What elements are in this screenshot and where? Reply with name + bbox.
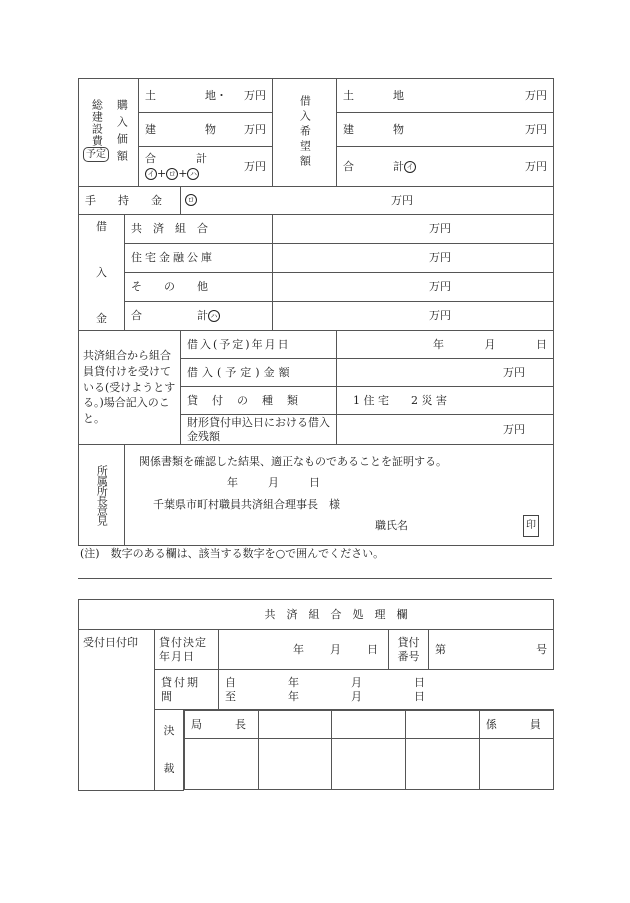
desired-loan-text: 借入希望額: [298, 95, 312, 170]
desired-loan-label: 借入希望額: [273, 79, 337, 187]
loan-number-label: 貸付番号: [389, 630, 429, 670]
mark-ha-icon: ハ: [208, 310, 220, 322]
unit-label: 万円: [429, 309, 451, 322]
divider: [78, 578, 552, 579]
approval-header-3: [332, 711, 406, 739]
borrowed-total-label: 合 計ハ: [125, 302, 273, 331]
row-label: 土: [343, 89, 393, 103]
year-label: 年: [288, 690, 299, 704]
month-label: 月: [330, 643, 341, 657]
director-label: 局 長: [191, 718, 246, 731]
row-label: そ の 他: [131, 280, 208, 293]
loan-date-label: 借入(予定)年月日: [181, 331, 337, 359]
approval-header-4: [406, 711, 480, 739]
to-label: 至: [225, 690, 236, 704]
borrowed-other-field[interactable]: 万円: [273, 273, 554, 302]
gou-label: 号: [536, 643, 547, 657]
row-label: 計: [196, 152, 207, 166]
year-label: 年: [288, 676, 299, 690]
row-label: 計: [393, 160, 404, 173]
month-label: 月: [351, 690, 362, 704]
day-label: 日: [414, 690, 425, 704]
unit-label: 万円: [244, 123, 266, 137]
desired-sum-row[interactable]: 合計イ万円: [337, 147, 554, 187]
row-label: 共 済 組 合: [131, 222, 208, 235]
unit-label: 万円: [197, 194, 547, 208]
name-title-label: 職氏名: [375, 515, 408, 537]
own-funds-text: 手 持 金: [85, 194, 162, 207]
approval-header-director: 局 長: [185, 711, 259, 739]
row-label: 物: [205, 123, 244, 137]
loan-number-text: 貸付番号: [396, 636, 422, 664]
unit-label: 万円: [244, 160, 266, 174]
seal-icon: 印: [523, 515, 539, 537]
borrowed-text: 借入金: [79, 220, 124, 326]
borrowed-housing-field[interactable]: 万円: [273, 244, 554, 273]
month-label: 月: [351, 676, 362, 690]
from-label: 自: [225, 676, 236, 690]
member-loan-note-text: 共済組合から組合員貸付けを受けている(受けようとする。)場合記入のこと。: [83, 349, 175, 426]
row-label: 財形貸付申込日における借入金残額: [187, 416, 330, 442]
total-cost-sum-row[interactable]: 合計 イ+ロ+ハ 万円: [139, 147, 273, 187]
loan-number-field[interactable]: 第号: [429, 630, 554, 670]
month-label: 月: [268, 476, 279, 489]
staff-label: 係 員: [486, 718, 541, 731]
addressee: 千葉県市町村職員共済組合理事長 様: [139, 494, 539, 515]
row-label: 物: [393, 123, 525, 137]
loan-type-disaster-option[interactable]: 2 災 害: [411, 394, 447, 407]
borrowed-mutual-field[interactable]: 万円: [273, 215, 554, 244]
row-label: 借入(予定)金額: [187, 366, 294, 379]
row-label: 建: [343, 123, 393, 137]
desired-building-row[interactable]: 建物万円: [337, 113, 554, 147]
total-cost-land-row[interactable]: 土地・万円: [139, 79, 273, 113]
mark-i-icon: イ: [404, 161, 416, 173]
unit-label: 万円: [525, 123, 547, 137]
day-label: 日: [536, 338, 547, 352]
unit-label: 万円: [525, 89, 547, 103]
row-label: 合: [145, 152, 156, 166]
director-opinion-text: 所属所長意見: [95, 465, 109, 525]
total-cost-building-row[interactable]: 建物万円: [139, 113, 273, 147]
row-label: 貸付の種類: [187, 394, 312, 407]
borrowed-label: 借入金: [79, 215, 125, 331]
row-label: 建: [145, 123, 205, 137]
row-label: 住宅金融公庫: [131, 251, 215, 264]
approval-seal-director[interactable]: [185, 739, 259, 790]
unit-label: 万円: [429, 222, 451, 235]
loan-balance-field[interactable]: 万円: [337, 415, 554, 445]
day-label: 日: [367, 643, 378, 657]
total-cost-label: 総建設費 予定 購入価額: [79, 79, 139, 187]
receipt-stamp-area[interactable]: 受付日付印: [79, 630, 155, 791]
loan-period-label: 貸付期間: [155, 670, 219, 710]
approval-grid: 局 長 係 員: [184, 710, 554, 791]
approval-header-staff: 係 員: [479, 711, 553, 739]
borrowed-other-label: そ の 他: [125, 273, 273, 302]
decision-date-field[interactable]: 年月日: [219, 630, 389, 670]
loan-balance-label: 財形貸付申込日における借入金残額: [181, 415, 337, 445]
approval-seal-staff[interactable]: [479, 739, 553, 790]
dai-label: 第: [435, 643, 446, 657]
loan-type-housing-option[interactable]: 1 住 宅: [353, 394, 389, 407]
own-funds-label: 手 持 金: [79, 187, 181, 215]
approval-label: 決裁: [155, 710, 184, 791]
loan-period-field[interactable]: 自年月日 至年月日: [219, 670, 554, 710]
sum-formula: イ+ロ+ハ: [145, 167, 207, 181]
loan-amount-label: 借入(予定)金額: [181, 359, 337, 387]
day-label: 日: [414, 676, 425, 690]
year-label: 年: [433, 338, 444, 352]
own-funds-field[interactable]: ロ万円: [181, 187, 554, 215]
borrowed-housing-label: 住宅金融公庫: [125, 244, 273, 273]
loan-amount-field[interactable]: 万円: [337, 359, 554, 387]
unit-label: 万円: [429, 251, 451, 264]
row-label: 借入(予定)年月日: [187, 338, 291, 351]
director-opinion-body[interactable]: 関係書類を確認した結果、適正なものであることを証明する。 年月日 千葉県市町村職…: [125, 445, 554, 546]
unit-label: 万円: [244, 89, 266, 103]
total-cost-text: 総建設費: [89, 99, 104, 147]
receipt-stamp-label: 受付日付印: [83, 636, 138, 649]
mark-ro-icon: ロ: [185, 194, 197, 206]
processing-title-text: 共 済 組 合 処 理 欄: [225, 608, 408, 621]
purchase-price-text: 購入価額: [115, 99, 129, 167]
month-label: 月: [485, 338, 496, 352]
approval-seal-2[interactable]: [258, 739, 332, 790]
row-label: 地・: [205, 89, 244, 103]
yotei-badge: 予定: [83, 147, 109, 163]
approval-seal-3[interactable]: [332, 739, 406, 790]
processing-table: 共 済 組 合 処 理 欄 受付日付印 貸付決定年月日 年月日 貸付番号 第号 …: [78, 599, 554, 791]
loan-date-field[interactable]: 年月日: [337, 331, 554, 359]
director-opinion-label: 所属所長意見: [79, 445, 125, 546]
decision-date-label: 貸付決定年月日: [155, 630, 219, 670]
unit-label: 万円: [503, 366, 525, 379]
year-label: 年: [227, 476, 238, 489]
row-label: 合 計: [131, 309, 208, 322]
application-form-table: 総建設費 予定 購入価額 土地・万円 借入希望額 土地万円 建物万円 建物万円: [78, 78, 554, 546]
loan-type-field[interactable]: 1 住 宅2 災 害: [337, 387, 554, 415]
opinion-date[interactable]: 年月日: [139, 472, 539, 493]
row-label: 土: [145, 89, 205, 103]
unit-label: 万円: [525, 160, 547, 174]
decision-date-text: 貸付決定年月日: [159, 636, 213, 664]
row-label: 地: [393, 89, 525, 103]
loan-period-text: 貸付期間: [161, 676, 200, 703]
processing-title: 共 済 組 合 処 理 欄: [79, 600, 554, 630]
loan-type-label: 貸付の種類: [181, 387, 337, 415]
row-label: 合: [343, 160, 393, 174]
member-loan-note: 共済組合から組合員貸付けを受けている(受けようとする。)場合記入のこと。: [79, 331, 181, 445]
certification-statement: 関係書類を確認した結果、適正なものであることを証明する。: [139, 451, 539, 472]
desired-land-row[interactable]: 土地万円: [337, 79, 554, 113]
unit-label: 万円: [429, 280, 451, 293]
year-label: 年: [293, 643, 304, 657]
footnote: (注) 数字のある欄は、該当する数字を○で囲んでください。: [80, 545, 384, 561]
borrowed-total-field[interactable]: 万円: [273, 302, 554, 331]
borrowed-mutual-label: 共 済 組 合: [125, 215, 273, 244]
day-label: 日: [309, 476, 320, 489]
unit-label: 万円: [503, 423, 525, 436]
approval-seal-4[interactable]: [406, 739, 480, 790]
approval-header-2: [258, 711, 332, 739]
